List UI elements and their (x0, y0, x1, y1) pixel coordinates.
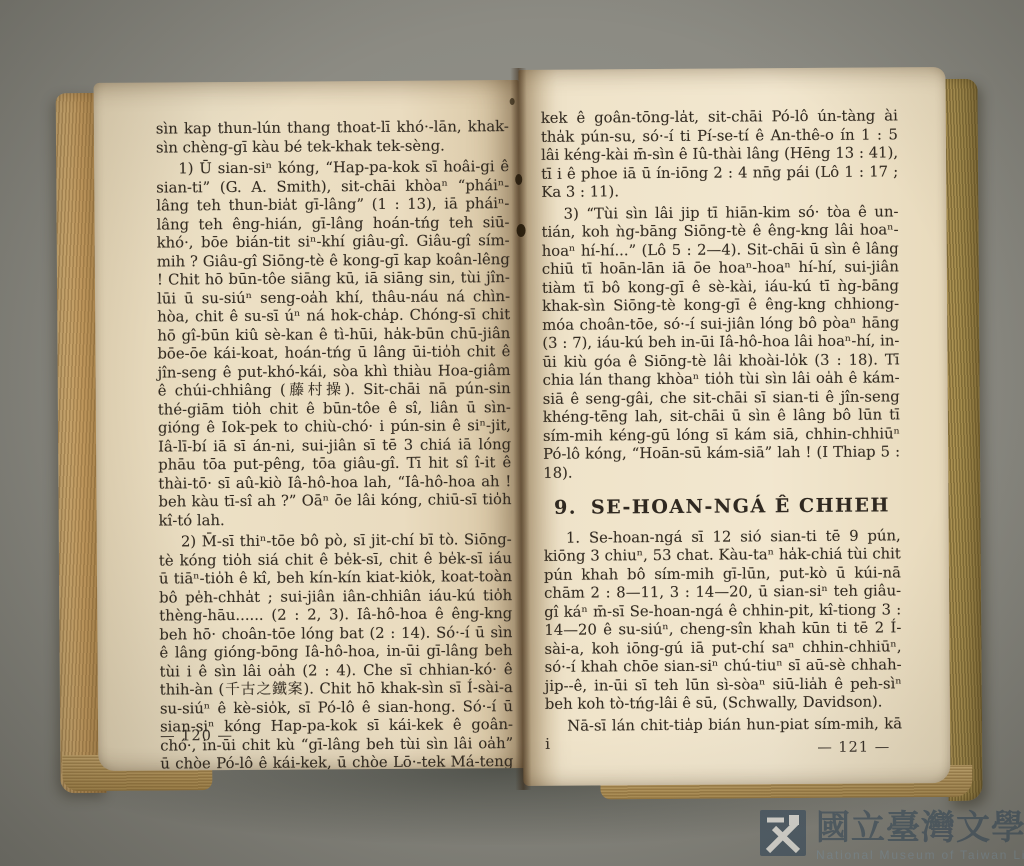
page-number-right: — 121 — (817, 739, 890, 756)
museum-watermark: 國立臺灣文學館 National Museum of Taiwan Litera… (760, 810, 1024, 862)
section-heading: 9.SE-HOAN-NGÁ Ê CHHEH (543, 496, 900, 517)
binding-stain (517, 224, 526, 237)
museum-watermark-text: 國立臺灣文學館 National Museum of Taiwan Litera… (816, 810, 1024, 862)
book-photo: sìn kap thun-lún thang thoat-lī khó·-lān… (0, 0, 1024, 866)
binding-stain (510, 98, 515, 105)
paragraph-3: 3) “Tùi sìn lâi jip tī hiān-kim só· tòa … (541, 203, 900, 483)
museum-name-chinese: 國立臺灣文學館 (816, 810, 1024, 846)
left-page: sìn kap thun-lún thang thoat-lī khó·-lān… (94, 80, 524, 771)
right-page-text: kek ê goân-tōng-la̍t, sit-chāi Pó-lô ún-… (541, 107, 902, 754)
left-page-text: sìn kap thun-lún thang thoat-lī khó·-lān… (156, 118, 514, 771)
museum-name-english: National Museum of Taiwan Literature (816, 848, 1024, 862)
section-title: SE-HOAN-NGÁ Ê CHHEH (591, 494, 890, 518)
page-number-left: — 120 — (160, 728, 233, 745)
right-page: kek ê goân-tōng-la̍t, sit-chāi Pó-lô ún-… (518, 67, 950, 786)
paragraph-s1: 1. Se-hoan-ngá sī 12 sió sian-ti tē 9 pú… (544, 527, 902, 714)
paragraph-continuation: sìn kap thun-lún thang thoat-lī khó·-lān… (156, 118, 509, 157)
binding-stain (515, 174, 522, 185)
paragraph-1: 1) Ū sian-siⁿ kóng, “Hap-pa-kok sī hoâi-… (156, 158, 512, 530)
open-book: sìn kap thun-lún thang thoat-lī khó·-lān… (55, 53, 982, 815)
museum-logo-icon (760, 810, 806, 856)
paragraph-continuation: kek ê goân-tōng-la̍t, sit-chāi Pó-lô ún-… (541, 107, 899, 202)
section-number: 9. (554, 497, 577, 519)
